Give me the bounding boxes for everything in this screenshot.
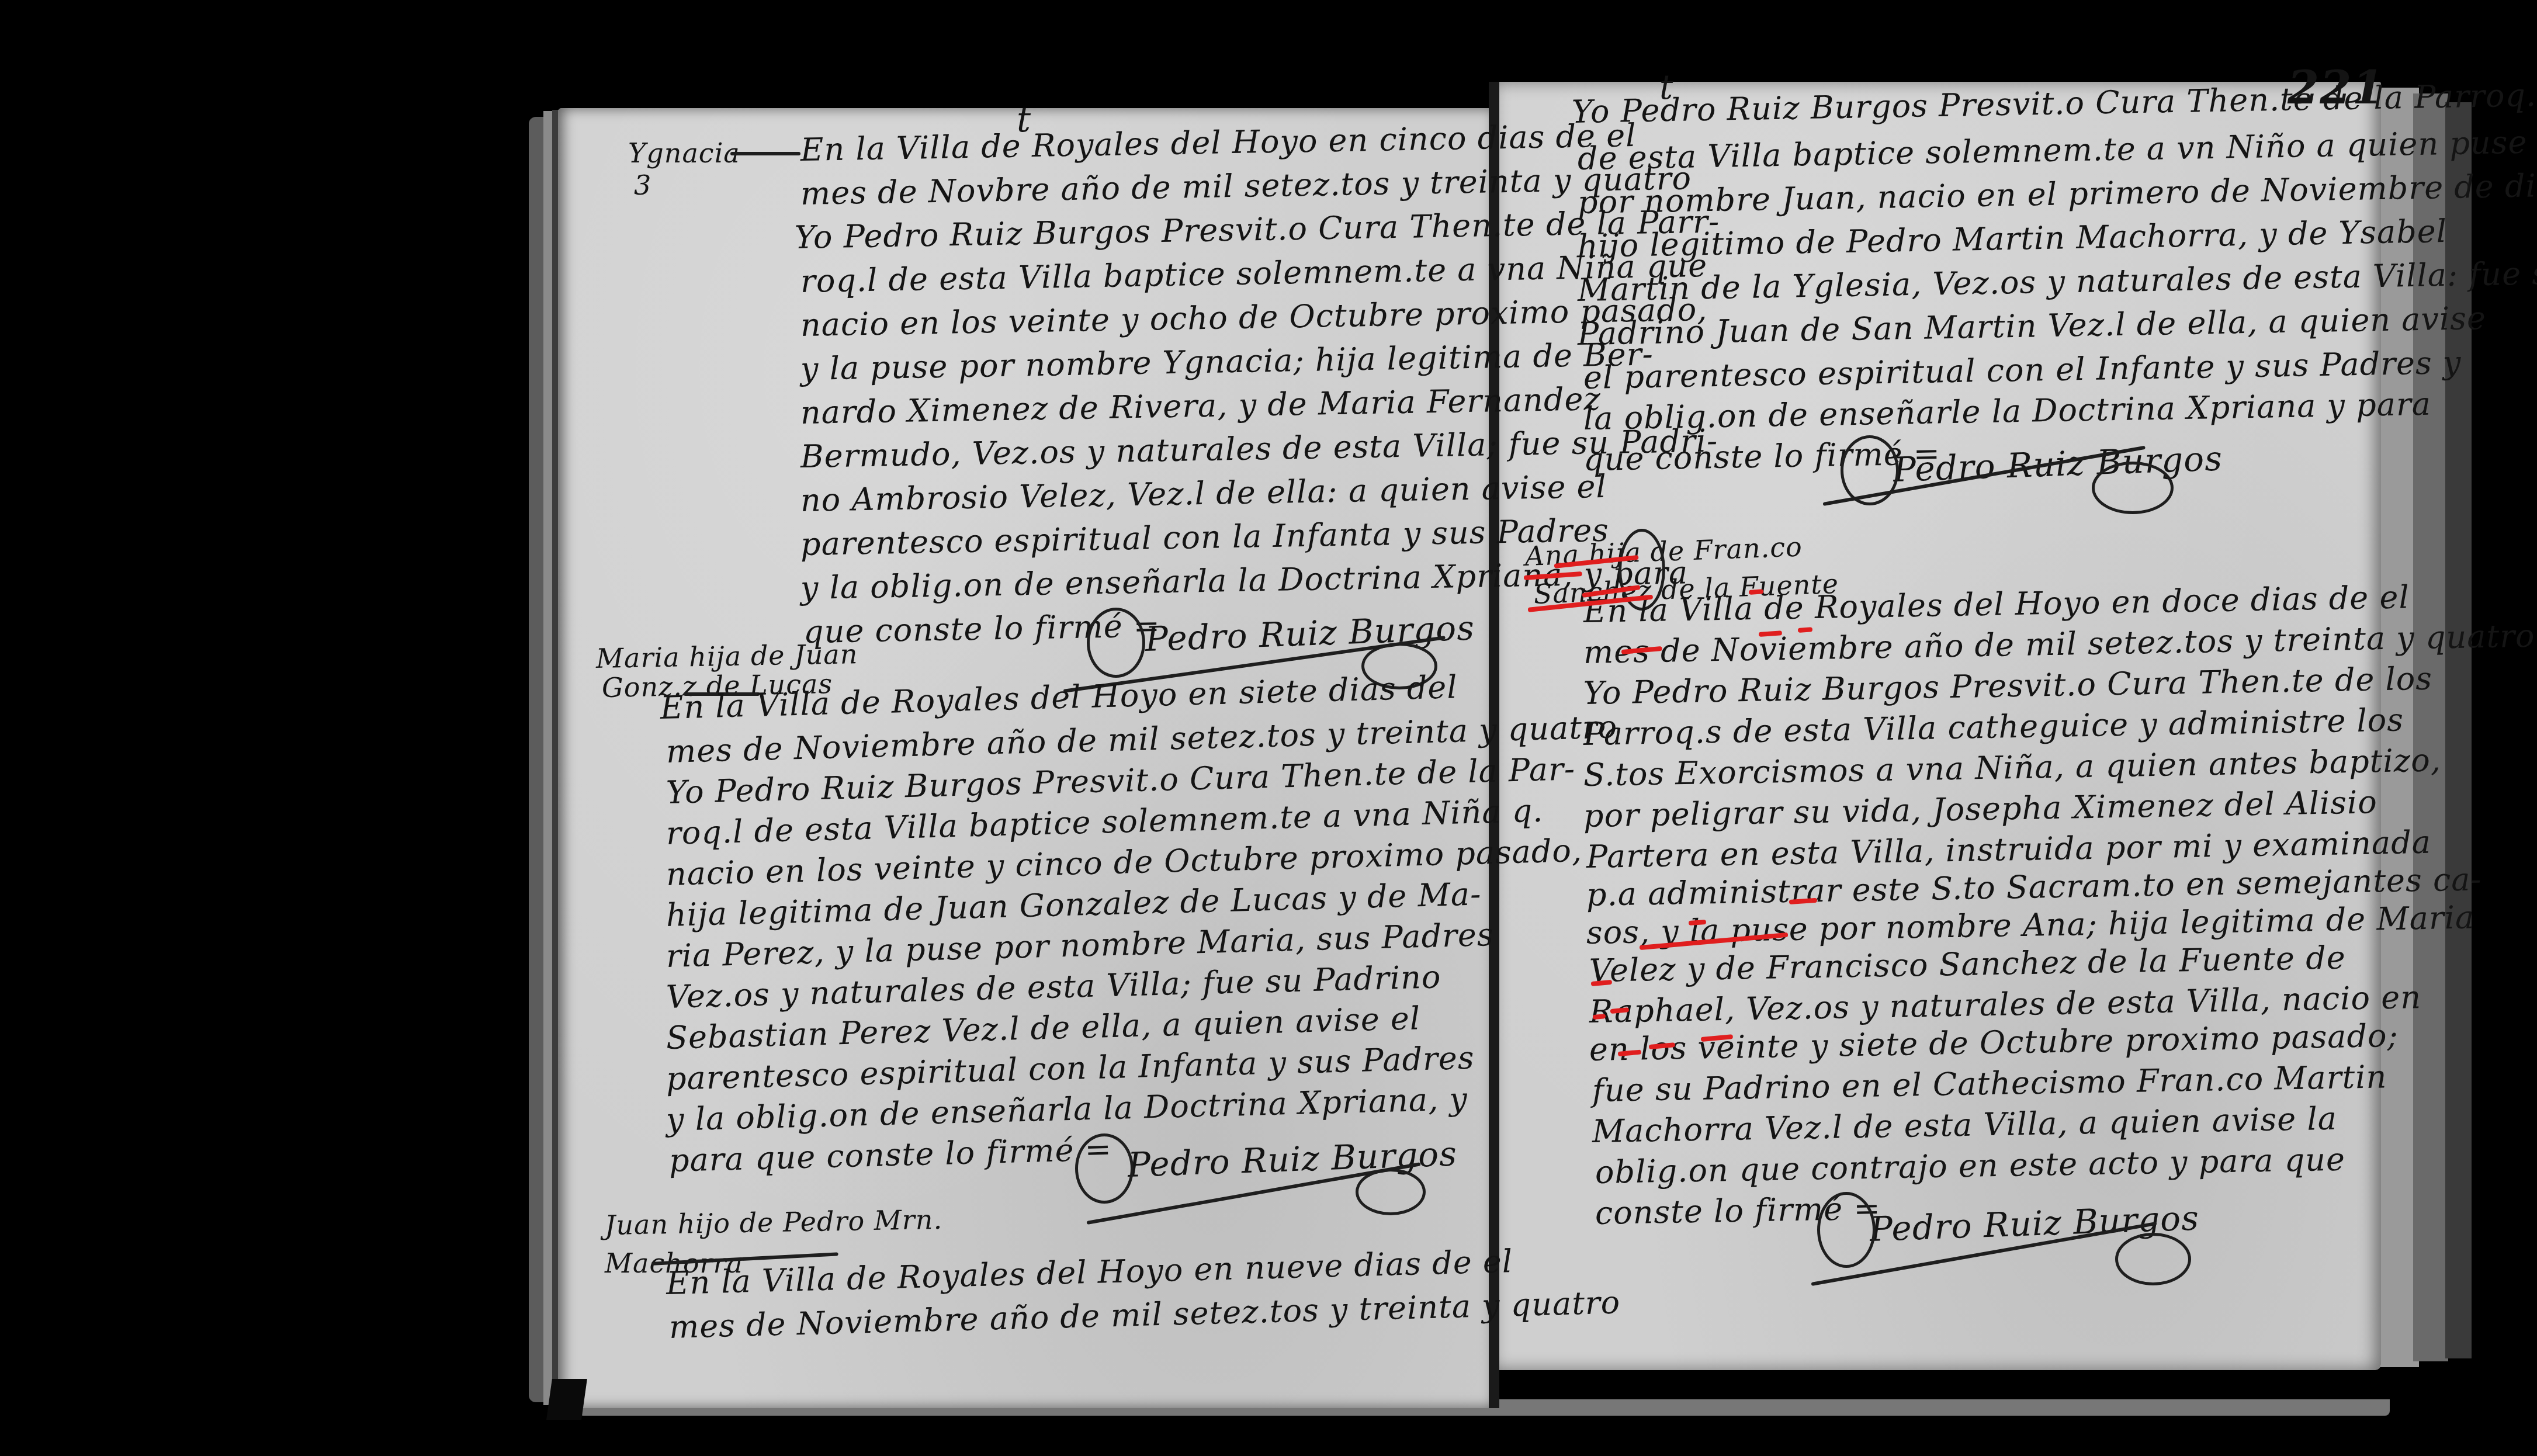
signature-flourish-icon [1075,1133,1134,1204]
margin-note-juan: Juan hijo de Pedro Mrn. [605,1204,943,1241]
margin-dash [730,152,800,155]
margin-note-ygnacia-number: 3 [634,169,651,201]
page-tab-shadow [546,1379,587,1420]
rubric-knot-icon [2115,1233,2191,1285]
rubric-knot-icon [2092,462,2174,514]
rubric-knot-icon [1356,1169,1426,1215]
margin-note-ygnacia: Ygnacia [628,137,740,169]
signature-flourish-icon [1087,608,1145,678]
signature-flourish-icon [1817,1192,1876,1268]
